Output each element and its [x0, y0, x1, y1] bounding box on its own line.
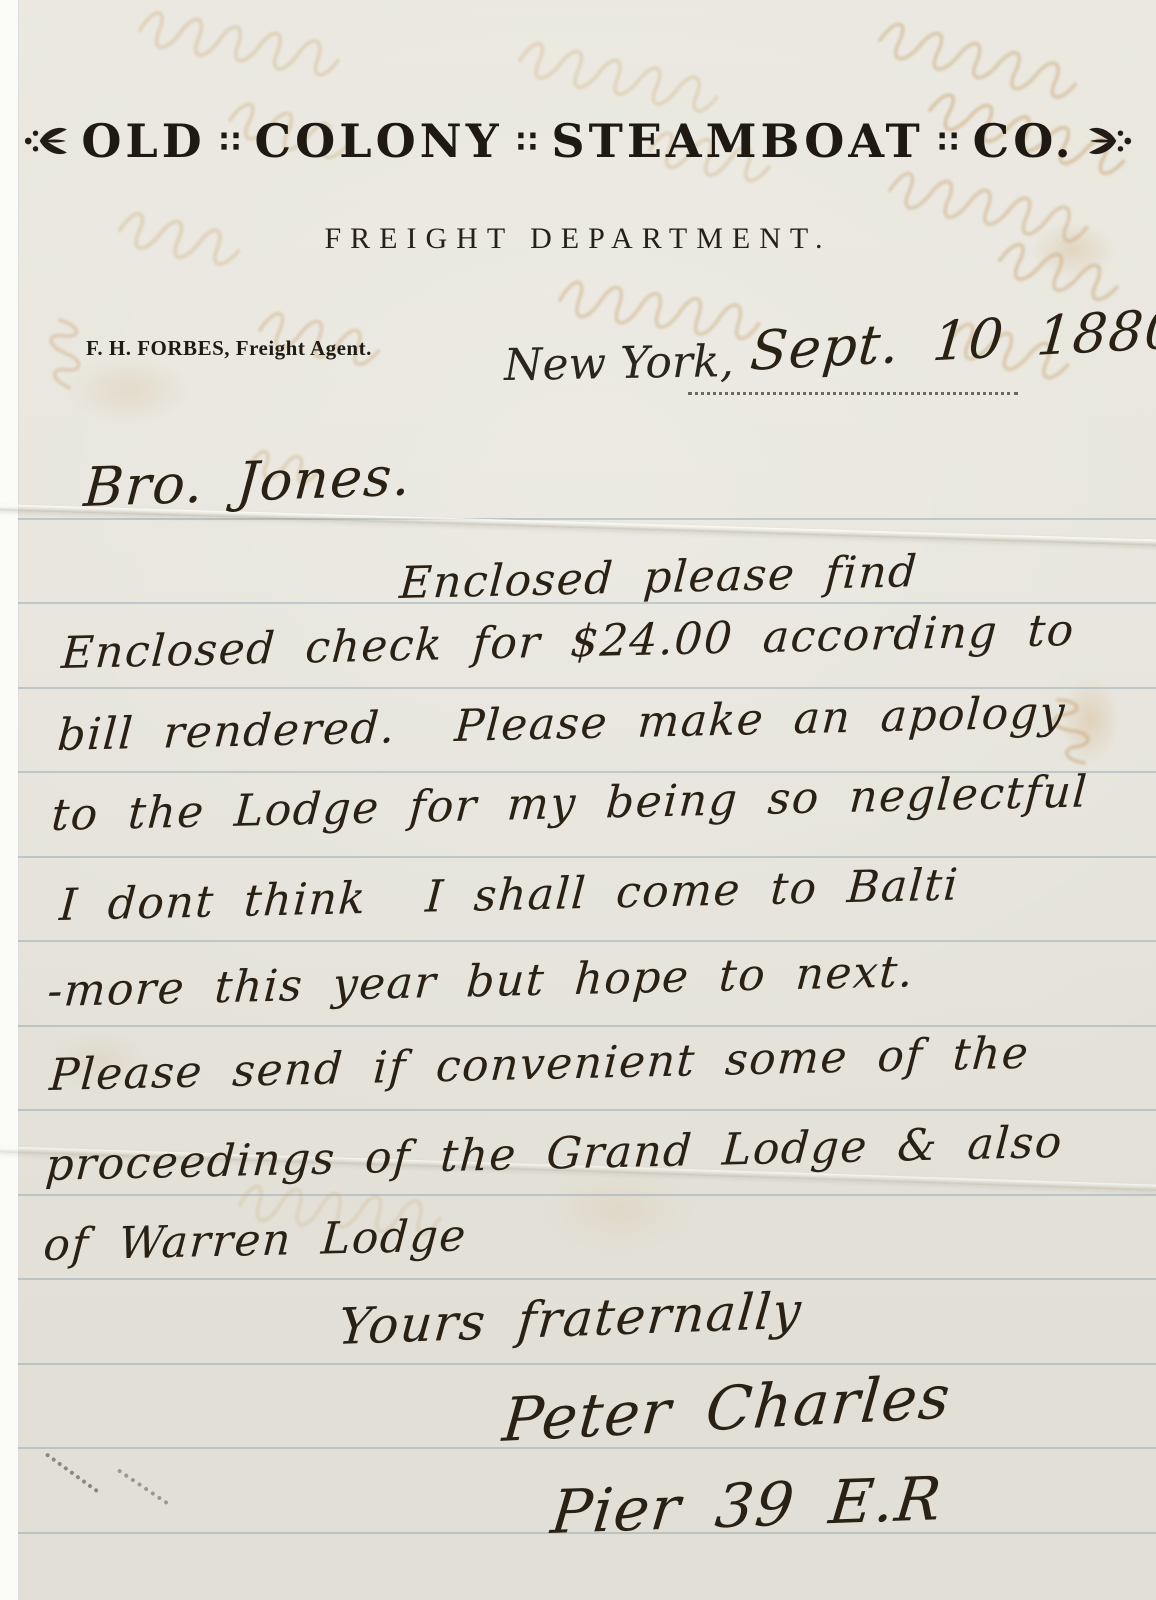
separator-ornament: ∷ [936, 128, 961, 158]
company-word: COLONY [255, 118, 503, 164]
dateline-place: New York, [504, 336, 734, 391]
separator-ornament: ∷ [218, 128, 243, 158]
separator-ornament: ∷ [515, 128, 540, 158]
fleuron-right-icon [1087, 123, 1133, 159]
signature-location: Pier 39 E.R [548, 1466, 946, 1546]
company-word: STEAMBOAT [551, 118, 923, 164]
dateline-rule [688, 392, 1018, 395]
company-word: OLD [81, 118, 205, 164]
salutation: Bro. Jones. [82, 446, 414, 517]
letterhead-agent: F. H. FORBES, Freight Agent. [86, 336, 372, 361]
body-line: of Warren Lodge [42, 1212, 468, 1270]
company-word: CO. [973, 118, 1075, 164]
scanned-letter: OLD ∷ COLONY ∷ STEAMBOAT ∷ CO. FREIGHT D… [0, 0, 1156, 1600]
letterhead-company: OLD ∷ COLONY ∷ STEAMBOAT ∷ CO. [0, 118, 1156, 164]
fleuron-left-icon [23, 123, 69, 159]
letterhead-department: FREIGHT DEPARTMENT. [0, 222, 1156, 256]
